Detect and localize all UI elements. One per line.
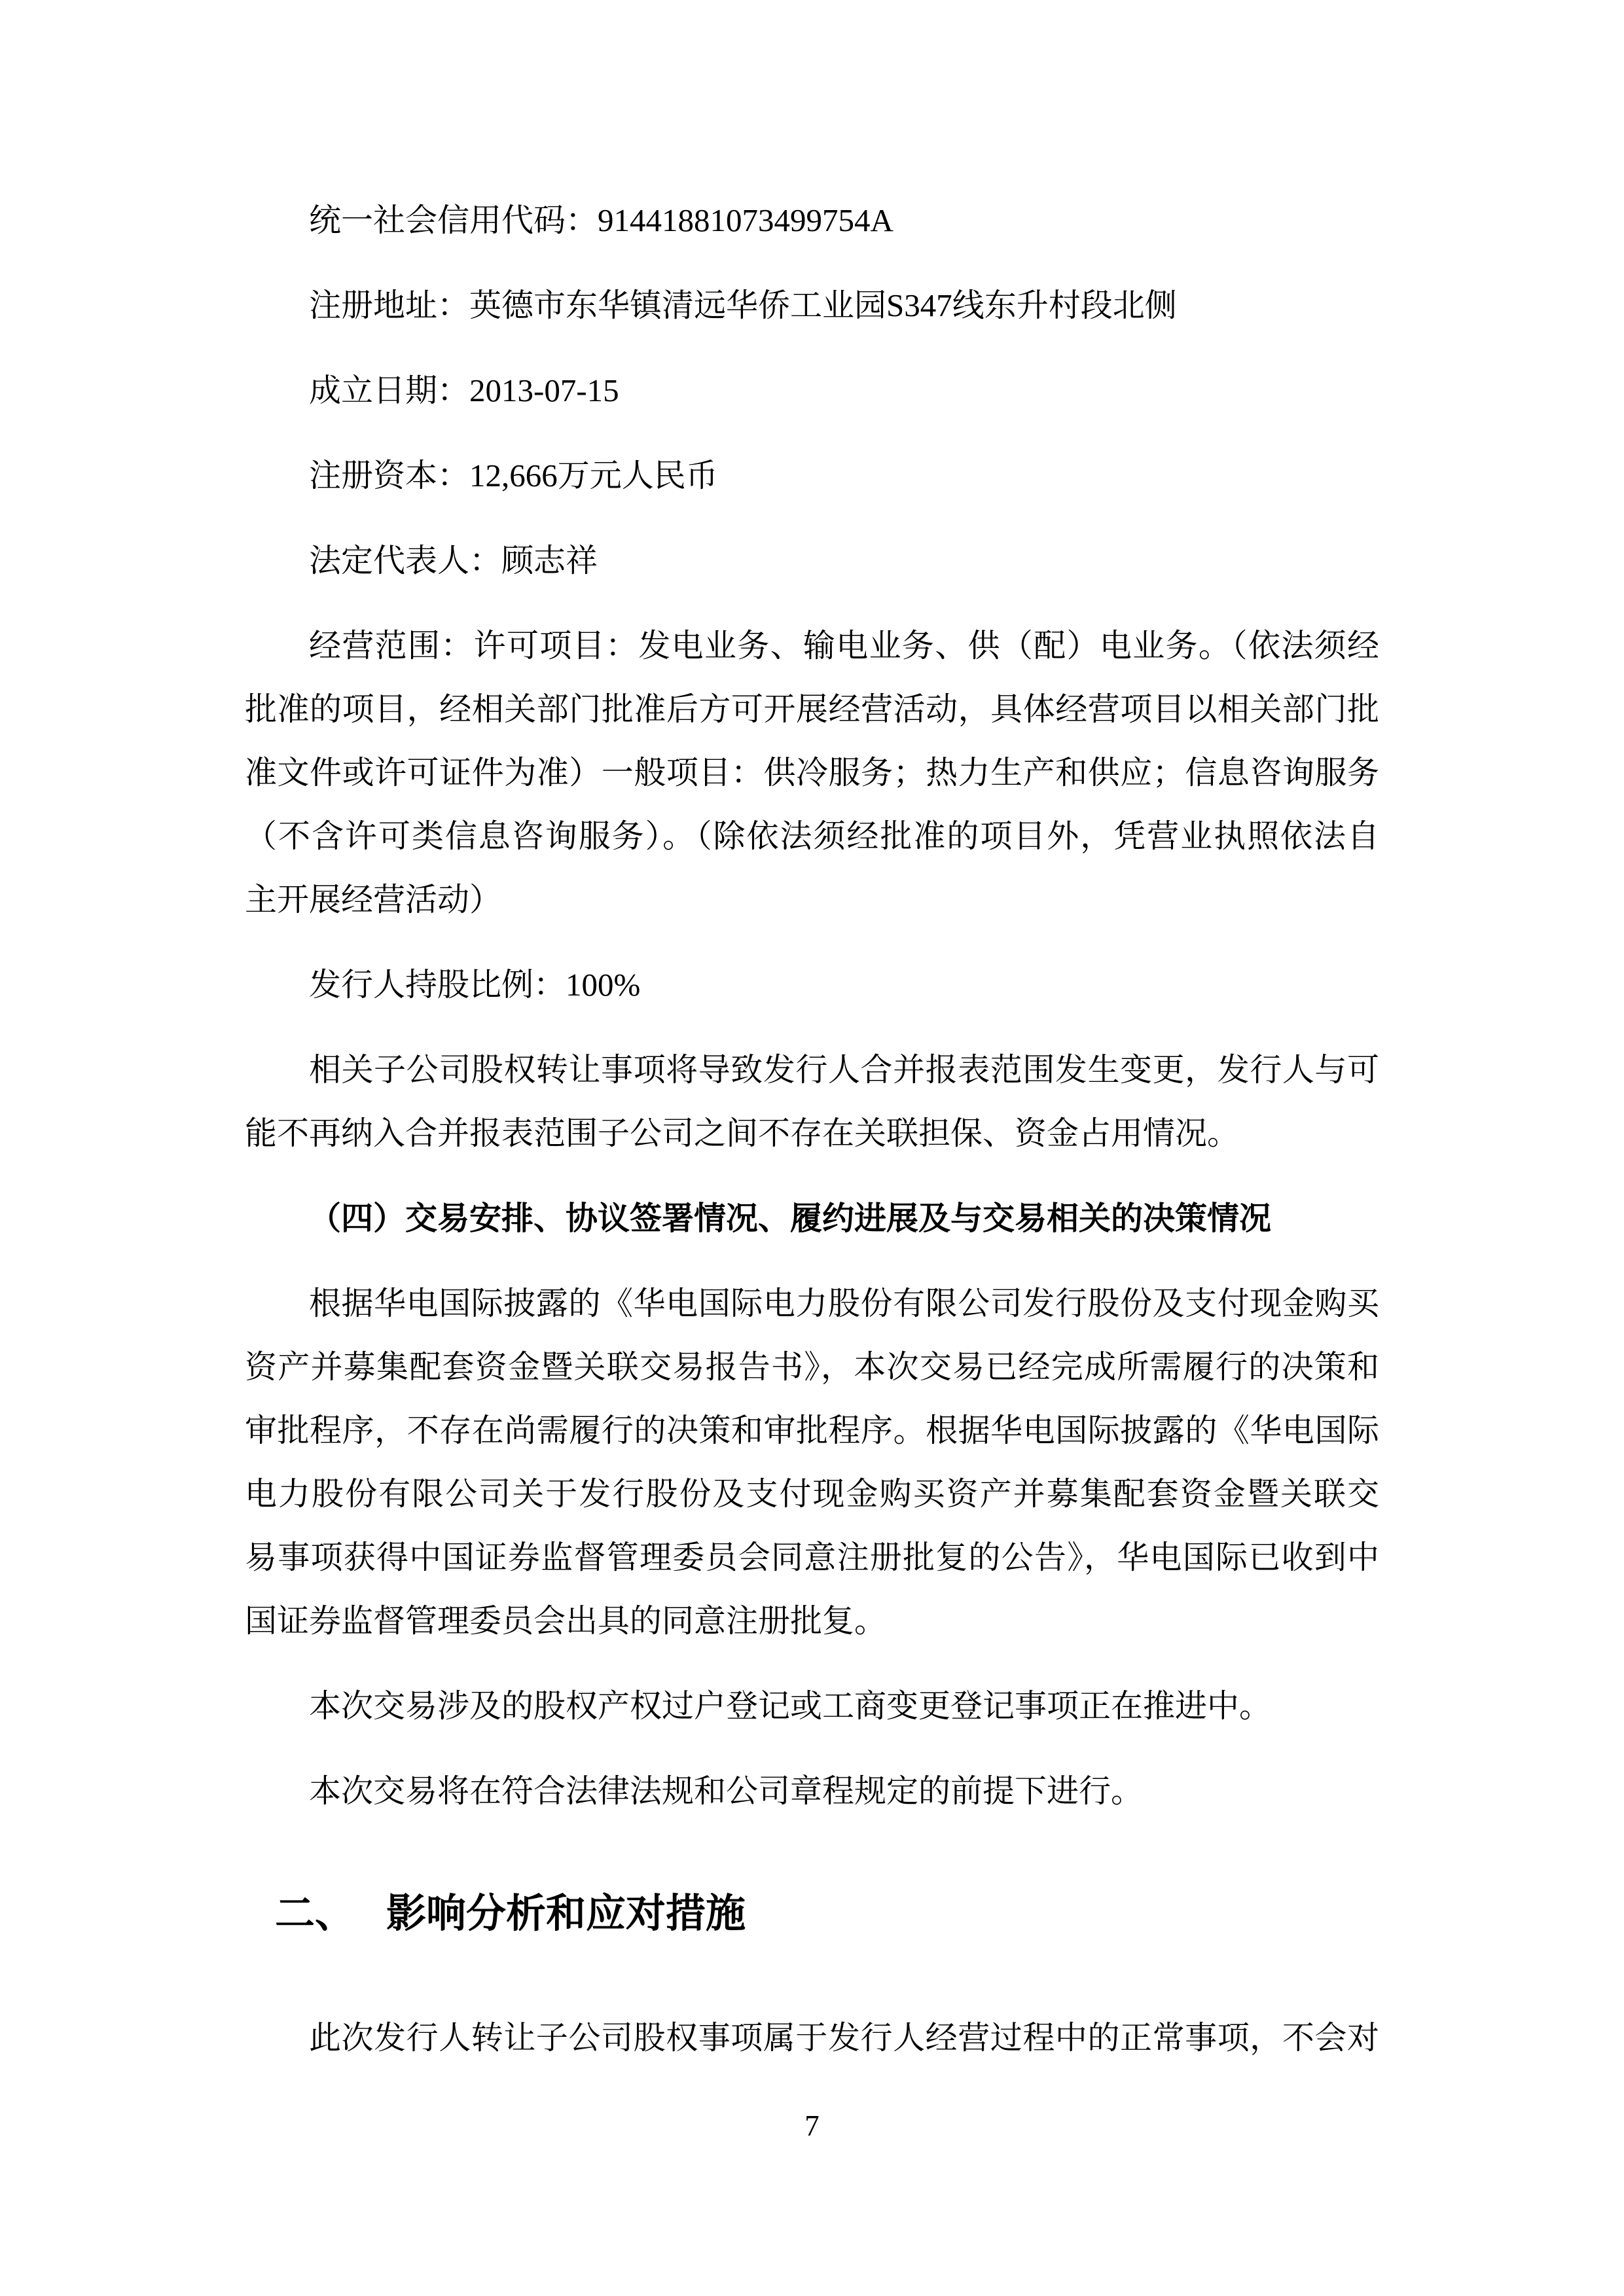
- consolidation-line-2: 能不再纳入合并报表范围子公司之间不存在关联担保、资金占用情况。: [245, 1102, 1379, 1165]
- approval-paragraph: 根据华电国际披露的《华电国际电力股份有限公司发行股份及支付现金购买 资产并募集配…: [245, 1272, 1379, 1653]
- legal-representative-line: 法定代表人：顾志祥: [245, 529, 1379, 592]
- consolidation-line-1: 相关子公司股权转让事项将导致发行人合并报表范围发生变更，发行人与可: [245, 1038, 1379, 1102]
- business-scope-paragraph: 经营范围：许可项目：发电业务、输电业务、供（配）电业务。（依法须经 批准的项目，…: [245, 614, 1379, 931]
- establishment-date-line: 成立日期：2013-07-15: [245, 359, 1379, 422]
- page-body: 统一社会信用代码：91441881073499754A 注册地址：英德市东华镇清…: [245, 188, 1379, 2091]
- approval-line-2: 资产并募集配套资金暨关联交易报告书》，本次交易已经完成所需履行的决策和: [245, 1335, 1379, 1399]
- section-heading-transaction-arrangement: （四）交易安排、协议签署情况、履约进展及与交易相关的决策情况: [245, 1187, 1379, 1250]
- registered-address-line: 注册地址：英德市东华镇清远华侨工业园S347线东升村段北侧: [245, 274, 1379, 337]
- consolidation-paragraph: 相关子公司股权转让事项将导致发行人合并报表范围发生变更，发行人与可 能不再纳入合…: [245, 1038, 1379, 1165]
- business-scope-line-4: （不含许可类信息咨询服务）。（除依法须经批准的项目外，凭营业执照依法自: [245, 804, 1379, 868]
- business-scope-line-3: 准文件或许可证件为准）一般项目：供冷服务；热力生产和供应；信息咨询服务: [245, 741, 1379, 804]
- compliance-statement-line: 本次交易将在符合法律法规和公司章程规定的前提下进行。: [245, 1759, 1379, 1823]
- approval-line-6: 国证券监督管理委员会出具的同意注册批复。: [245, 1589, 1379, 1653]
- approval-line-1: 根据华电国际披露的《华电国际电力股份有限公司发行股份及支付现金购买: [245, 1272, 1379, 1335]
- section-title: 影响分析和应对措施: [386, 1892, 746, 1936]
- credit-code-line: 统一社会信用代码：91441881073499754A: [245, 188, 1379, 252]
- shareholding-ratio-line: 发行人持股比例：100%: [245, 953, 1379, 1016]
- business-scope-line-2: 批准的项目，经相关部门批准后方可开展经营活动，具体经营项目以相关部门批: [245, 677, 1379, 741]
- impact-opening-line: 此次发行人转让子公司股权事项属于发行人经营过程中的正常事项，不会对: [245, 2006, 1379, 2070]
- page-number: 7: [804, 2109, 820, 2142]
- registration-progress-line: 本次交易涉及的股权产权过户登记或工商变更登记事项正在推进中。: [245, 1674, 1379, 1738]
- approval-line-3: 审批程序，不存在尚需履行的决策和审批程序。根据华电国际披露的《华电国际: [245, 1399, 1379, 1462]
- approval-line-4: 电力股份有限公司关于发行股份及支付现金购买资产并募集配套资金暨关联交: [245, 1462, 1379, 1526]
- section-numeral: 二、: [275, 1892, 355, 1936]
- business-scope-line-5: 主开展经营活动）: [245, 868, 1379, 931]
- business-scope-line-1: 经营范围：许可项目：发电业务、输电业务、供（配）电业务。（依法须经: [245, 614, 1379, 677]
- section-heading-impact-analysis: 二、影响分析和应对措施: [245, 1878, 1379, 1950]
- document-page: 统一社会信用代码：91441881073499754A 注册地址：英德市东华镇清…: [0, 0, 1624, 2296]
- registered-capital-line: 注册资本：12,666万元人民币: [245, 444, 1379, 507]
- approval-line-5: 易事项获得中国证券监督管理委员会同意注册批复的公告》，华电国际已收到中: [245, 1526, 1379, 1589]
- page-footer: 7: [0, 2106, 1624, 2145]
